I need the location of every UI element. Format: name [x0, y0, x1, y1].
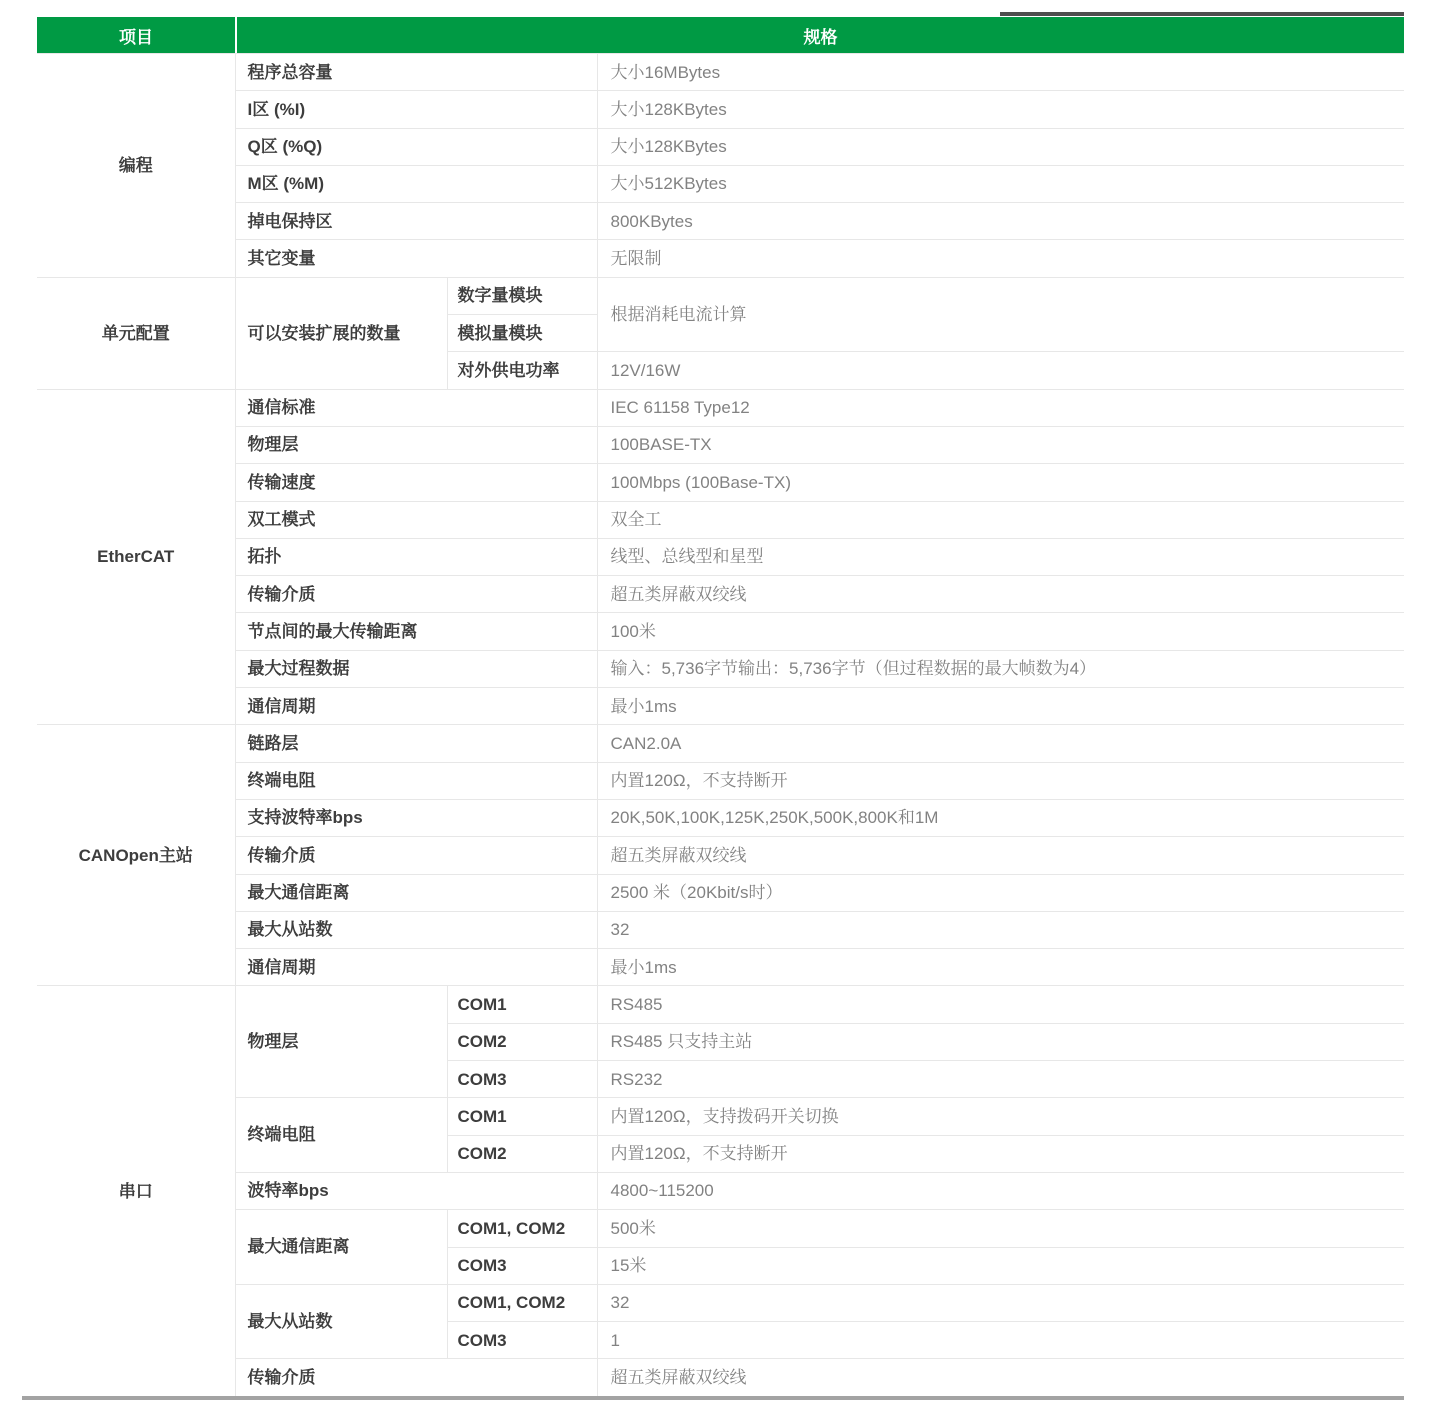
group-cell: 单元配置: [37, 277, 235, 389]
group-cell: EtherCAT: [37, 389, 235, 725]
top-accent-line: [1000, 12, 1404, 16]
row-value: 20K,50K,100K,125K,250K,500K,800K和1M: [597, 799, 1404, 836]
table-row: 传输速度100Mbps (100Base-TX): [37, 464, 1404, 501]
row-value: 100BASE-TX: [597, 426, 1404, 463]
spec-table-body: 编程程序总容量大小16MBytesI区 (%I)大小128KBytesQ区 (%…: [37, 54, 1404, 1397]
row-value: 大小16MBytes: [597, 54, 1404, 91]
row-value: 双全工: [597, 501, 1404, 538]
row-value: 15米: [597, 1247, 1404, 1284]
com-label: COM1, COM2: [447, 1210, 597, 1247]
table-row: 最大通信距离2500 米（20Kbit/s时）: [37, 874, 1404, 911]
table-row: Q区 (%Q)大小128KBytes: [37, 128, 1404, 165]
row-label: 最大通信距离: [235, 1210, 447, 1285]
row-value: 内置120Ω，支持拨码开关切换: [597, 1098, 1404, 1135]
com-label: COM2: [447, 1023, 597, 1060]
row-value: 无限制: [597, 240, 1404, 277]
table-row: 波特率bps4800~115200: [37, 1172, 1404, 1209]
row-value: RS485: [597, 986, 1404, 1023]
table-row: 终端电阻COM1内置120Ω，支持拨码开关切换: [37, 1098, 1404, 1135]
row-label: 节点间的最大传输距离: [235, 613, 597, 650]
row-label: 可以安装扩展的数量: [235, 277, 447, 389]
row-label: 通信周期: [235, 688, 597, 725]
row-value: 12V/16W: [597, 352, 1404, 389]
table-row: 传输介质超五类屏蔽双绞线: [37, 1359, 1404, 1396]
com-label: COM1: [447, 1098, 597, 1135]
row-value: RS232: [597, 1061, 1404, 1098]
row-label: 终端电阻: [235, 762, 597, 799]
row-value: 输入：5,736字节输出：5,736字节（但过程数据的最大帧数为4）: [597, 650, 1404, 687]
table-row: EtherCAT通信标准IEC 61158 Type12: [37, 389, 1404, 426]
table-row: 通信周期最小1ms: [37, 949, 1404, 986]
table-row: 最大通信距离COM1, COM2500米: [37, 1210, 1404, 1247]
row-label: 物理层: [235, 986, 447, 1098]
row-label: 传输介质: [235, 837, 597, 874]
com-label: COM3: [447, 1322, 597, 1359]
table-row: M区 (%M)大小512KBytes: [37, 165, 1404, 202]
row-value: 32: [597, 1284, 1404, 1321]
row-value: 超五类屏蔽双绞线: [597, 837, 1404, 874]
row-value: 100Mbps (100Base-TX): [597, 464, 1404, 501]
row-label: 最大从站数: [235, 911, 597, 948]
spec-table: 项目 规格 编程程序总容量大小16MBytesI区 (%I)大小128KByte…: [37, 17, 1404, 1400]
row-label: 传输介质: [235, 1359, 597, 1396]
row-label: 最大通信距离: [235, 874, 597, 911]
table-row: 拓扑线型、总线型和星型: [37, 538, 1404, 575]
table-row: 最大从站数32: [37, 911, 1404, 948]
row-label: Q区 (%Q): [235, 128, 597, 165]
table-row: 串口物理层COM1RS485: [37, 986, 1404, 1023]
com-label: COM3: [447, 1061, 597, 1098]
group-cell: 串口: [37, 986, 235, 1396]
table-row: 其它变量无限制: [37, 240, 1404, 277]
table-row: CANOpen主站链路层CAN2.0A: [37, 725, 1404, 762]
com-label: 模拟量模块: [447, 315, 597, 352]
row-label: 支持波特率bps: [235, 799, 597, 836]
row-value: 大小128KBytes: [597, 128, 1404, 165]
row-value: 超五类屏蔽双绞线: [597, 576, 1404, 613]
table-row: 掉电保持区800KBytes: [37, 203, 1404, 240]
row-label: 物理层: [235, 426, 597, 463]
table-row: 传输介质超五类屏蔽双绞线: [37, 576, 1404, 613]
table-header-row: 项目 规格: [37, 17, 1404, 53]
row-label: 传输速度: [235, 464, 597, 501]
row-label: 传输介质: [235, 576, 597, 613]
table-row: 物理层100BASE-TX: [37, 426, 1404, 463]
row-value: CAN2.0A: [597, 725, 1404, 762]
row-value: 大小128KBytes: [597, 91, 1404, 128]
table-row: 最大过程数据输入：5,736字节输出：5,736字节（但过程数据的最大帧数为4）: [37, 650, 1404, 687]
table-row: 单元配置可以安装扩展的数量数字量模块根据消耗电流计算: [37, 277, 1404, 314]
row-value: 1: [597, 1322, 1404, 1359]
group-cell: 编程: [37, 54, 235, 278]
row-label: 其它变量: [235, 240, 597, 277]
row-label: 链路层: [235, 725, 597, 762]
row-value: 2500 米（20Kbit/s时）: [597, 874, 1404, 911]
com-label: COM1, COM2: [447, 1284, 597, 1321]
row-value: 大小512KBytes: [597, 165, 1404, 202]
group-cell: CANOpen主站: [37, 725, 235, 986]
row-value: 线型、总线型和星型: [597, 538, 1404, 575]
row-value: 4800~115200: [597, 1172, 1404, 1209]
table-row: 终端电阻内置120Ω，不支持断开: [37, 762, 1404, 799]
row-label: 波特率bps: [235, 1172, 597, 1209]
table-row: 节点间的最大传输距离100米: [37, 613, 1404, 650]
row-value: 最小1ms: [597, 688, 1404, 725]
com-label: COM2: [447, 1135, 597, 1172]
row-label: 拓扑: [235, 538, 597, 575]
header-item-cell: 项目: [37, 17, 235, 53]
com-label: COM3: [447, 1247, 597, 1284]
row-label: 终端电阻: [235, 1098, 447, 1173]
table-row: 双工模式双全工: [37, 501, 1404, 538]
spec-table-grid: 编程程序总容量大小16MBytesI区 (%I)大小128KBytesQ区 (%…: [37, 53, 1404, 1396]
row-value: 100米: [597, 613, 1404, 650]
table-row: 传输介质超五类屏蔽双绞线: [37, 837, 1404, 874]
com-label: 数字量模块: [447, 277, 597, 314]
row-value: 500米: [597, 1210, 1404, 1247]
row-value: 内置120Ω，不支持断开: [597, 1135, 1404, 1172]
row-label: I区 (%I): [235, 91, 597, 128]
row-label: 通信周期: [235, 949, 597, 986]
table-row: 编程程序总容量大小16MBytes: [37, 54, 1404, 91]
row-label: 最大过程数据: [235, 650, 597, 687]
row-label: 掉电保持区: [235, 203, 597, 240]
table-row: I区 (%I)大小128KBytes: [37, 91, 1404, 128]
row-label: 双工模式: [235, 501, 597, 538]
table-row: 通信周期最小1ms: [37, 688, 1404, 725]
table-row: 支持波特率bps20K,50K,100K,125K,250K,500K,800K…: [37, 799, 1404, 836]
table-row: 最大从站数COM1, COM232: [37, 1284, 1404, 1321]
header-spec-cell: 规格: [237, 17, 1404, 53]
row-value: 最小1ms: [597, 949, 1404, 986]
row-value: 超五类屏蔽双绞线: [597, 1359, 1404, 1396]
row-value: RS485 只支持主站: [597, 1023, 1404, 1060]
row-value: 800KBytes: [597, 203, 1404, 240]
row-label: 程序总容量: [235, 54, 597, 91]
com-label: COM1: [447, 986, 597, 1023]
row-value: IEC 61158 Type12: [597, 389, 1404, 426]
row-label: 最大从站数: [235, 1284, 447, 1359]
row-value: 根据消耗电流计算: [597, 277, 1404, 352]
bottom-rule: [22, 1396, 1404, 1400]
row-value: 内置120Ω，不支持断开: [597, 762, 1404, 799]
row-value: 32: [597, 911, 1404, 948]
row-label: M区 (%M): [235, 165, 597, 202]
row-label: 通信标准: [235, 389, 597, 426]
com-label: 对外供电功率: [447, 352, 597, 389]
